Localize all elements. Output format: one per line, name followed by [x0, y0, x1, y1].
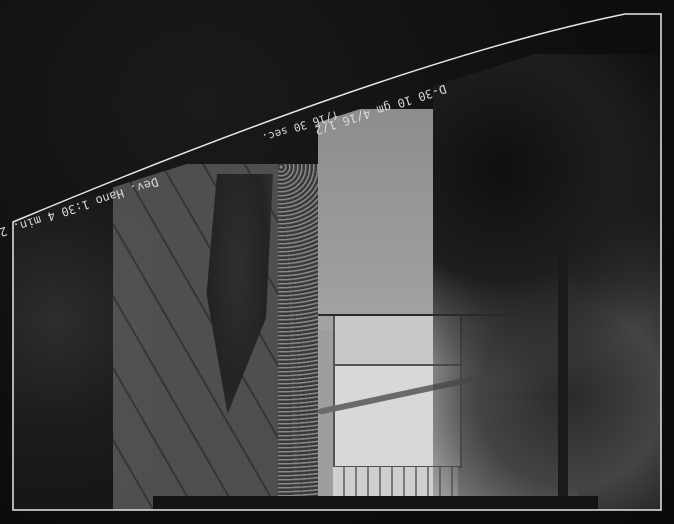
tree-trunk	[558, 214, 568, 510]
film-edge	[153, 496, 598, 510]
tree-foliage	[433, 54, 661, 510]
